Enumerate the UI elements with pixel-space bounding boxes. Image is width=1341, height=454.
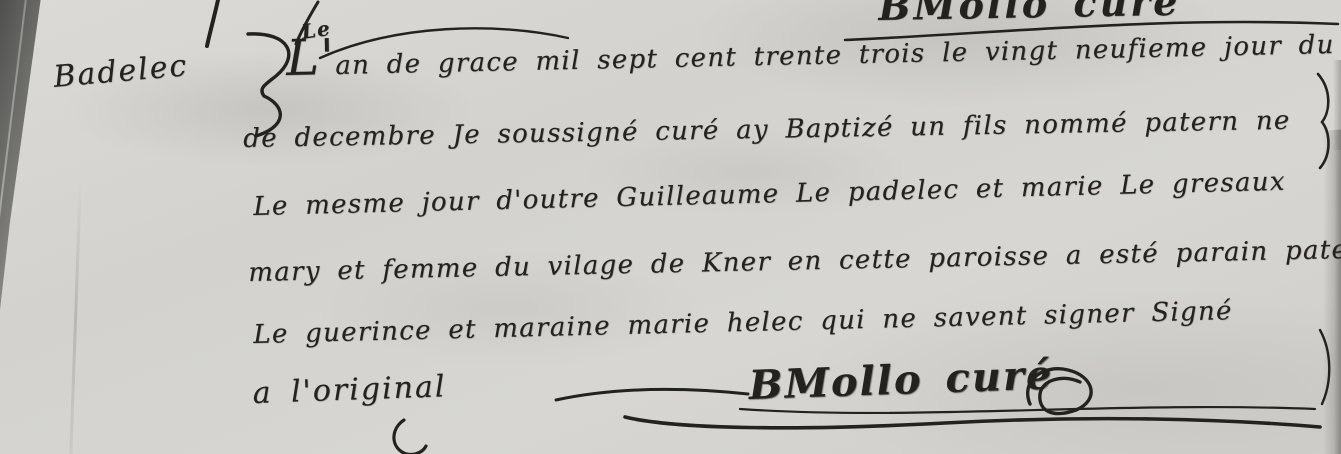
record-line-6: a l'original: [252, 369, 447, 411]
right-margin-brace: [1312, 72, 1337, 172]
manuscript-scan: BMollo curé Badelec Le L'an de grace mil…: [0, 0, 1341, 454]
bottom-cropped-stroke: [388, 418, 438, 454]
signature-underline: [615, 395, 1335, 445]
